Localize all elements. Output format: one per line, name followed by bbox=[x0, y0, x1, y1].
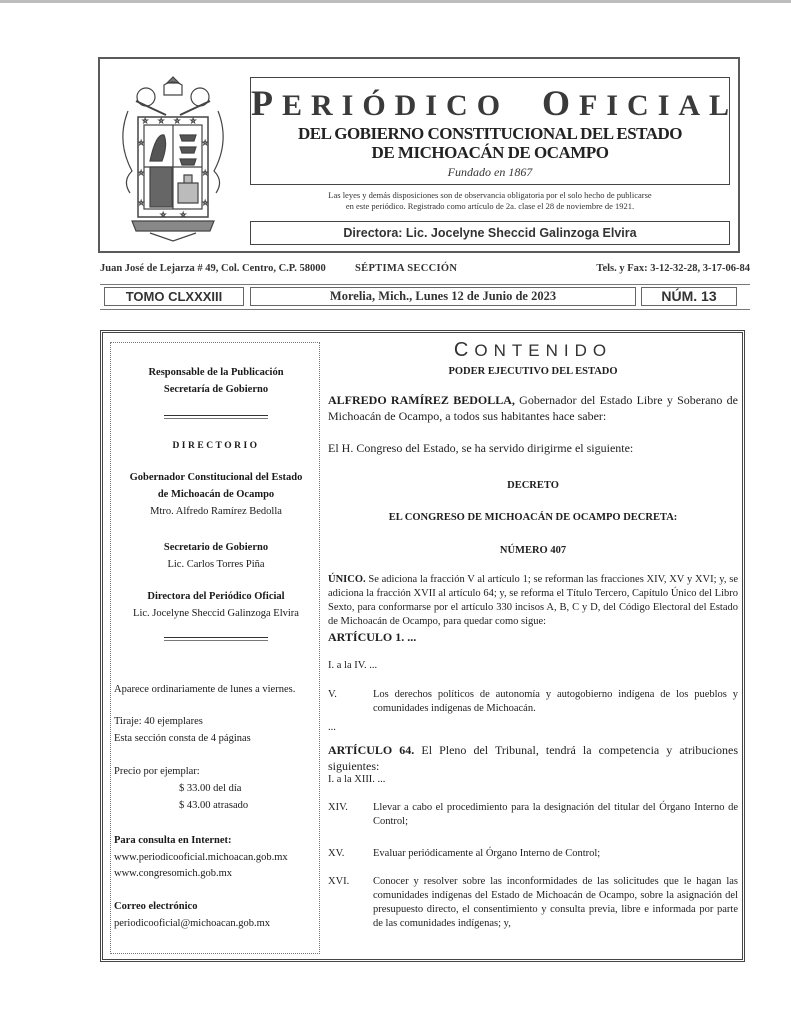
title-initial-2: O bbox=[542, 83, 579, 123]
svg-text:☆: ☆ bbox=[158, 117, 164, 125]
schedule-note: Aparece ordinariamente de lunes a vierne… bbox=[114, 682, 319, 698]
svg-text:☆: ☆ bbox=[138, 199, 144, 207]
governor-name-bold: ALFREDO RAMÍREZ BEDOLLA, bbox=[328, 393, 515, 407]
directory-heading: DIRECTORIO bbox=[111, 438, 321, 454]
subtitle-line-1: DEL GOBIERNO CONSTITUCIONAL DEL ESTADO bbox=[251, 124, 729, 143]
sidebar-directory: Responsable de la Publicación Secretaría… bbox=[110, 342, 320, 954]
legal-note: Las leyes y demás disposiciones son de o… bbox=[250, 190, 730, 212]
internet-label: Para consulta en Internet: bbox=[114, 833, 319, 849]
issue-strip: TOMO CLXXXIII Morelia, Mich., Lunes 12 d… bbox=[100, 284, 750, 310]
svg-text:☆: ☆ bbox=[202, 139, 208, 147]
decree-heading: DECRETO bbox=[328, 479, 738, 493]
article-64-paragraph: ARTÍCULO 64. El Pleno del Tribunal, tend… bbox=[328, 742, 738, 774]
secretary-name: Lic. Carlos Torres Piña bbox=[111, 557, 321, 573]
responsible-line-2: Secretaría de Gobierno bbox=[111, 382, 321, 398]
page-count: Esta sección consta de 4 páginas bbox=[114, 731, 319, 747]
scan-edge bbox=[0, 0, 791, 3]
article-1-range: I. a la IV. ... bbox=[328, 659, 738, 673]
divider bbox=[164, 415, 268, 419]
title-initial: P bbox=[251, 83, 282, 123]
body-frame: Responsable de la Publicación Secretaría… bbox=[100, 330, 745, 962]
secretary-title: Secretario de Gobierno bbox=[111, 540, 321, 556]
section-label: SÉPTIMA SECCIÓN bbox=[355, 263, 457, 274]
item-number: XVI. bbox=[328, 875, 358, 889]
article-64-label: ARTÍCULO 64. bbox=[328, 743, 414, 757]
director-banner: Directora: Lic. Jocelyne Sheccid Galinzo… bbox=[250, 221, 730, 245]
unico-label: ÚNICO. bbox=[328, 574, 366, 585]
heading-initial: C bbox=[454, 339, 474, 361]
governor-name: Mtro. Alfredo Ramírez Bedolla bbox=[111, 504, 321, 520]
article-1-heading: ARTÍCULO 1. ... bbox=[328, 629, 738, 645]
item-number: V. bbox=[328, 688, 358, 702]
svg-text:☆: ☆ bbox=[138, 139, 144, 147]
item-number: XV. bbox=[328, 847, 358, 861]
intro-paragraph: ALFREDO RAMÍREZ BEDOLLA, Gobernador del … bbox=[328, 392, 738, 424]
svg-text:☆: ☆ bbox=[180, 211, 186, 219]
tomo-label: TOMO CLXXXIII bbox=[104, 287, 244, 306]
article-64-range: I. a la XIII. ... bbox=[328, 773, 738, 787]
article-64-item: XVI. Conocer y resolver sobre las inconf… bbox=[328, 875, 738, 935]
governor-title-2: de Michoacán de Ocampo bbox=[111, 487, 321, 503]
website-link-1[interactable]: www.periodicooficial.michoacan.gob.mx bbox=[114, 850, 319, 866]
title-word-2: FICIAL bbox=[579, 89, 738, 122]
congress-paragraph: El H. Congreso del Estado, se ha servido… bbox=[328, 440, 738, 456]
unico-paragraph: ÚNICO. Se adiciona la fracción V al artí… bbox=[328, 573, 738, 629]
svg-text:☆: ☆ bbox=[202, 199, 208, 207]
svg-text:☆: ☆ bbox=[202, 169, 208, 177]
publication-title: PERIÓDICO OFICIAL bbox=[251, 82, 729, 124]
decree-statement: EL CONGRESO DE MICHOACÁN DE OCAMPO DECRE… bbox=[328, 511, 738, 525]
item-number: XIV. bbox=[328, 801, 358, 815]
director-title: Directora del Periódico Oficial bbox=[111, 589, 321, 605]
info-line: Juan José de Lejarza # 49, Col. Centro, … bbox=[100, 263, 750, 279]
svg-text:☆: ☆ bbox=[190, 117, 196, 125]
svg-text:☆: ☆ bbox=[138, 169, 144, 177]
svg-text:☆: ☆ bbox=[160, 211, 166, 219]
address: Juan José de Lejarza # 49, Col. Centro, … bbox=[100, 263, 326, 274]
price-label: Precio por ejemplar: bbox=[114, 764, 319, 780]
unico-text: Se adiciona la fracción V al artículo 1;… bbox=[328, 574, 738, 627]
decree-number: NÚMERO 407 bbox=[328, 544, 738, 558]
branch-heading: PODER EJECUTIVO DEL ESTADO bbox=[328, 365, 738, 379]
masthead: ☆☆ ☆☆ ☆☆ ☆☆ ☆☆ ☆☆ PERIÓDICO OFICIAL DEL … bbox=[98, 57, 740, 253]
ellipsis: ... bbox=[328, 721, 738, 735]
email-link[interactable]: periodicooficial@michoacan.gob.mx bbox=[114, 916, 319, 932]
heading-rest: ONTENIDO bbox=[474, 341, 612, 360]
svg-text:☆: ☆ bbox=[142, 117, 148, 125]
divider bbox=[164, 637, 268, 641]
founded-date: Fundado en 1867 bbox=[251, 165, 729, 180]
item-text: Evaluar periódicamente al Órgano Interno… bbox=[373, 847, 738, 861]
price-late: $ 43.00 atrasado bbox=[179, 798, 319, 814]
article-64-item: XV. Evaluar periódicamente al Órgano Int… bbox=[328, 847, 738, 863]
director-name: Lic. Jocelyne Sheccid Galinzoga Elvira bbox=[111, 606, 321, 622]
legal-note-line-1: Las leyes y demás disposiciones son de o… bbox=[250, 190, 730, 201]
contents-heading: CONTENIDO bbox=[328, 343, 738, 358]
legal-note-line-2: en este periódico. Registrado como artíc… bbox=[250, 201, 730, 212]
title-word-1: ERIÓDICO bbox=[282, 89, 509, 122]
item-text: Llevar a cabo el procedimiento para la d… bbox=[373, 801, 738, 829]
svg-text:☆: ☆ bbox=[174, 117, 180, 125]
title-box: PERIÓDICO OFICIAL DEL GOBIERNO CONSTITUC… bbox=[250, 77, 730, 185]
item-text: Los derechos políticos de autonomía y au… bbox=[373, 688, 738, 716]
print-run: Tiraje: 40 ejemplares bbox=[114, 714, 319, 730]
state-coat-of-arms-icon: ☆☆ ☆☆ ☆☆ ☆☆ ☆☆ ☆☆ bbox=[114, 71, 232, 246]
email-label: Correo electrónico bbox=[114, 899, 319, 915]
issue-number: NÚM. 13 bbox=[641, 287, 737, 306]
price-today: $ 33.00 del día bbox=[179, 781, 319, 797]
item-text: Conocer y resolver sobre las inconformid… bbox=[373, 875, 738, 931]
governor-title-1: Gobernador Constitucional del Estado bbox=[111, 470, 321, 486]
subtitle-line-2: DE MICHOACÁN DE OCAMPO bbox=[251, 143, 729, 162]
website-link-2[interactable]: www.congresomich.gob.mx bbox=[114, 866, 319, 882]
article-64-item: XIV. Llevar a cabo el procedimiento para… bbox=[328, 801, 738, 831]
article-1-item: V. Los derechos políticos de autonomía y… bbox=[328, 688, 738, 718]
responsible-line-1: Responsable de la Publicación bbox=[111, 365, 321, 381]
place-date: Morelia, Mich., Lunes 12 de Junio de 202… bbox=[250, 287, 636, 306]
phone-numbers: Tels. y Fax: 3-12-32-28, 3-17-06-84 bbox=[596, 263, 750, 274]
